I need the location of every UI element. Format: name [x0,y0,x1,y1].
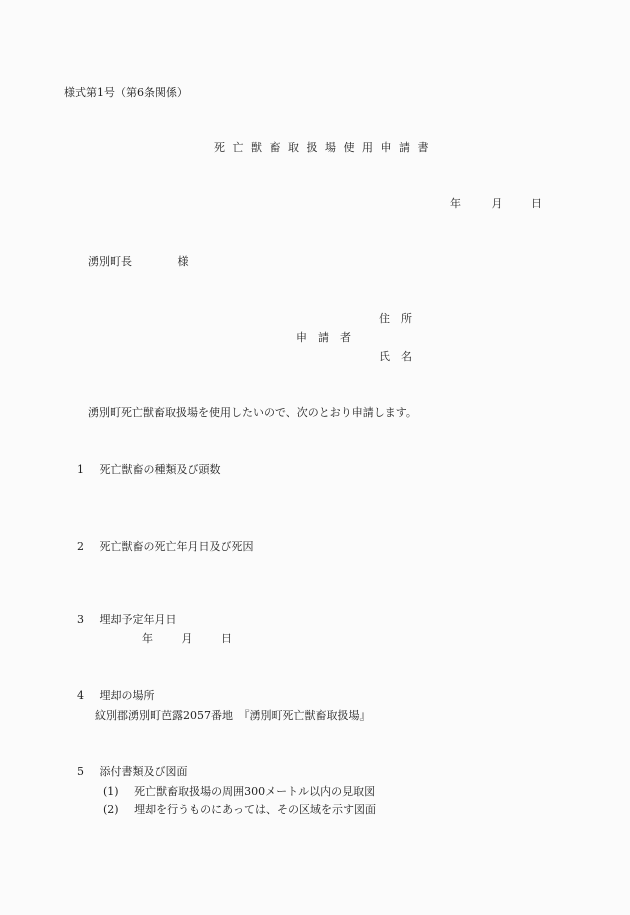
item-number: 1 [77,463,84,476]
burial-date: 年 月 日 [142,632,232,646]
date-day: 日 [531,197,542,211]
item-label: 埋却の場所 [100,689,155,703]
burial-location: 紋別郡湧別町芭露2057番地 『湧別町死亡獣畜取扱場』 [95,709,371,723]
attachment-1: (1) 死亡獣畜取扱場の周囲300メートル以内の見取図 [103,785,375,799]
item-number: 5 [77,765,84,778]
item-label: 死亡獣畜の種類及び頭数 [100,463,221,477]
subitem-label: 埋却を行うものにあっては、その区域を示す図面 [134,803,376,817]
subitem-label: 死亡獣畜取扱場の周囲300メートル以内の見取図 [134,785,375,799]
intro-text: 湧別町死亡獣畜取扱場を使用したいので、次のとおり申請します。 [88,406,417,420]
applicant-name-label: 氏 名 [379,350,412,364]
item-2: 2 死亡獣畜の死亡年月日及び死因 [77,540,254,554]
item-4: 4 埋却の場所 [77,689,155,703]
addressee-honorific: 様 [178,255,189,269]
item-label: 添付書類及び図面 [100,765,188,779]
item-1: 1 死亡獣畜の種類及び頭数 [77,463,221,477]
applicant-address-label: 住 所 [379,312,412,326]
item-3: 3 埋却予定年月日 [77,613,177,627]
attachment-2: (2) 埋却を行うものにあっては、その区域を示す図面 [103,803,376,817]
item-label: 死亡獣畜の死亡年月日及び死因 [100,540,254,554]
addressee: 湧別町長 様 [88,255,189,269]
burial-date-year: 年 [142,632,178,646]
item-number: 2 [77,540,84,553]
burial-date-day: 日 [221,632,232,646]
subitem-number: (2) [103,803,119,816]
form-number: 様式第1号（第6条関係） [64,86,188,100]
item-label: 埋却予定年月日 [100,613,177,627]
item-5: 5 添付書類及び図面 [77,765,188,779]
burial-date-month: 月 [182,632,218,646]
applicant-label: 申 請 者 [296,331,351,345]
date-year: 年 [450,197,488,211]
document-title: 死 亡 獣 畜 取 扱 場 使 用 申 請 書 [214,141,430,155]
application-date: 年 月 日 [450,197,542,211]
subitem-number: (1) [103,785,119,798]
item-number: 3 [77,613,84,626]
date-month: 月 [492,197,528,211]
addressee-name: 湧別町長 [88,255,132,268]
item-number: 4 [77,689,84,702]
